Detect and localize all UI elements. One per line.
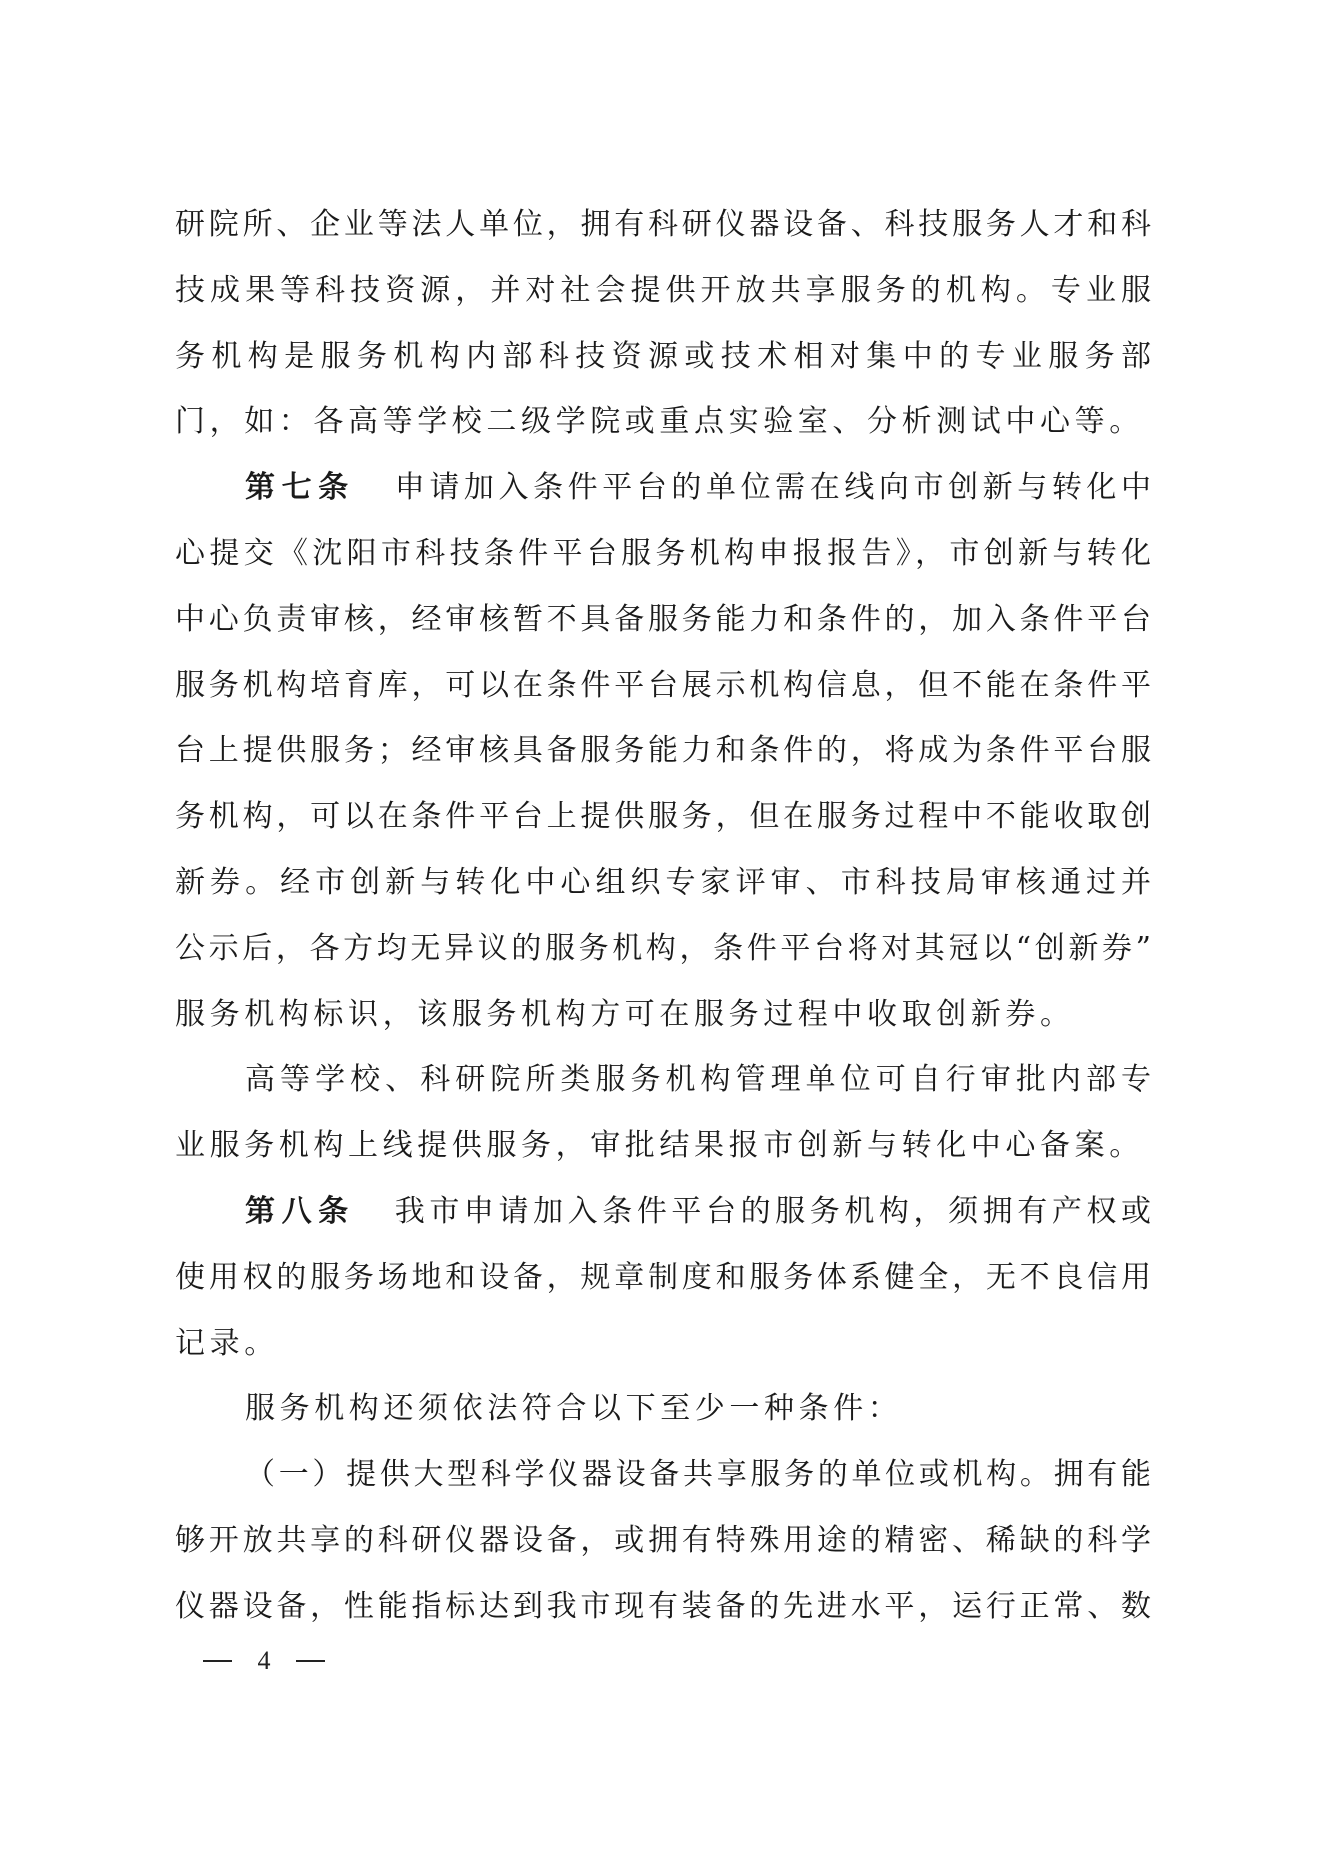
page-number: 4 (203, 1645, 325, 1677)
text-line: 技成果等科技资源，并对社会提供开放共享服务的机构。专业服 (175, 258, 1151, 324)
text-line: 研院所、企业等法人单位，拥有科研仪器设备、科技服务人才和科 (175, 192, 1151, 258)
text-line: 够开放共享的科研仪器设备，或拥有特殊用途的精密、稀缺的科学 (175, 1508, 1151, 1574)
text-line: 服务机构还须依法符合以下至少一种条件： (175, 1376, 1151, 1442)
text-line: 高等学校、科研院所类服务机构管理单位可自行审批内部专 (175, 1047, 1151, 1113)
text-line: 公示后，各方均无异议的服务机构，条件平台将对其冠以“创新券” (175, 916, 1151, 982)
text-line: 新券。经市创新与转化中心组织专家评审、市科技局审核通过并 (175, 850, 1151, 916)
text-line: 中心负责审核，经审核暂不具备服务能力和条件的，加入条件平台 (175, 587, 1151, 653)
text-line: 使用权的服务场地和设备，规章制度和服务体系健全，无不良信用 (175, 1245, 1151, 1311)
text-line: （一）提供大型科学仪器设备共享服务的单位或机构。拥有能 (175, 1442, 1151, 1508)
text-line: 服务机构标识，该服务机构方可在服务过程中收取创新券。 (175, 982, 1151, 1048)
text-line: 申请加入条件平台的单位需在线向市创新与转化中 (395, 470, 1151, 505)
text-line: 务机构，可以在条件平台上提供服务，但在服务过程中不能收取创 (175, 784, 1151, 850)
dash-right (296, 1660, 325, 1662)
text-line: 门，如：各高等学校二级学院或重点实验室、分析测试中心等。 (175, 389, 1151, 455)
dash-left (203, 1660, 232, 1662)
text-line: 记录。 (175, 1311, 1151, 1377)
document-page: 研院所、企业等法人单位，拥有科研仪器设备、科技服务人才和科 技成果等科技资源，并… (0, 0, 1323, 1871)
text-line: 业服务机构上线提供服务，审批结果报市创新与转化中心备案。 (175, 1113, 1151, 1179)
article-heading: 第八条 (245, 1194, 355, 1229)
article-7-first-line: 第七条申请加入条件平台的单位需在线向市创新与转化中 (175, 455, 1151, 521)
article-8-first-line: 第八条我市申请加入条件平台的服务机构，须拥有产权或 (175, 1179, 1151, 1245)
text-line: 服务机构培育库，可以在条件平台展示机构信息，但不能在条件平 (175, 653, 1151, 719)
text-line: 心提交《沈阳市科技条件平台服务机构申报报告》，市创新与转化 (175, 521, 1151, 587)
article-heading: 第七条 (245, 470, 355, 505)
text-line: 仪器设备，性能指标达到我市现有装备的先进水平，运行正常、数 (175, 1574, 1151, 1640)
page-number-value: 4 (232, 1646, 296, 1676)
text-line: 台上提供服务；经审核具备服务能力和条件的，将成为条件平台服 (175, 718, 1151, 784)
text-line: 我市申请加入条件平台的服务机构，须拥有产权或 (395, 1194, 1151, 1229)
body-text: 研院所、企业等法人单位，拥有科研仪器设备、科技服务人才和科 技成果等科技资源，并… (175, 192, 1151, 1640)
text-line: 务机构是服务机构内部科技资源或技术相对集中的专业服务部 (175, 324, 1151, 390)
